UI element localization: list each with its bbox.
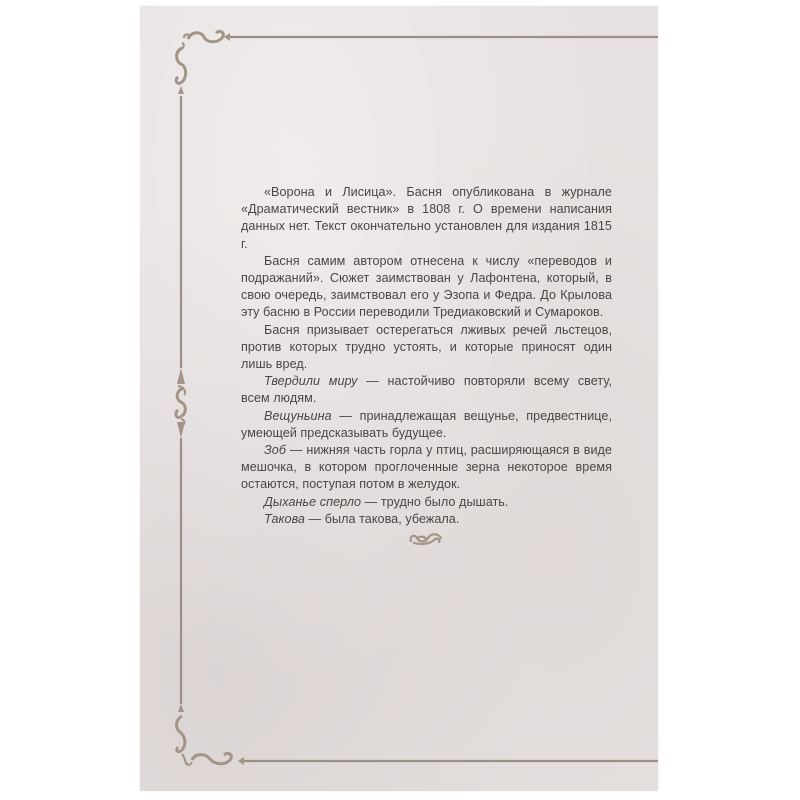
- corner-ornament-top-left: [176, 31, 230, 94]
- glossary-term: Вещуньина: [264, 409, 332, 423]
- paragraph-origin: Басня самим автором отнесена к числу «пе…: [241, 253, 612, 322]
- glossary-term: Такова: [264, 512, 305, 526]
- paragraph-moral: Басня призывает остерегаться лживых рече…: [241, 322, 612, 374]
- book-page: «Ворона и Лисица». Басня опубликована в …: [140, 6, 658, 791]
- paragraph-publication: «Ворона и Лисица». Басня опубликована в …: [241, 184, 612, 253]
- commentary-text: «Ворона и Лисица». Басня опубликована в …: [241, 184, 612, 528]
- glossary-term: Зоб: [264, 443, 286, 457]
- gloss-tverdili-miru: Твердили миру — настойчиво повторяли все…: [241, 373, 612, 407]
- side-ornament-left: [176, 368, 185, 438]
- corner-ornament-bottom-left: [176, 704, 244, 765]
- gloss-dykhanie-sperlo: Дыханье сперло — трудно было дышать.: [241, 494, 612, 511]
- gloss-veshchunina: Вещуньина — принадлежащая вещунье, предв…: [241, 408, 612, 442]
- gloss-zob: Зоб — нижняя часть горла у птиц, расширя…: [241, 442, 612, 494]
- glossary-term: Дыханье сперло: [264, 495, 361, 509]
- end-ornament-icon: [408, 531, 444, 547]
- gloss-takova: Такова — была такова, убежала.: [241, 511, 612, 528]
- glossary-term: Твердили миру: [264, 374, 357, 388]
